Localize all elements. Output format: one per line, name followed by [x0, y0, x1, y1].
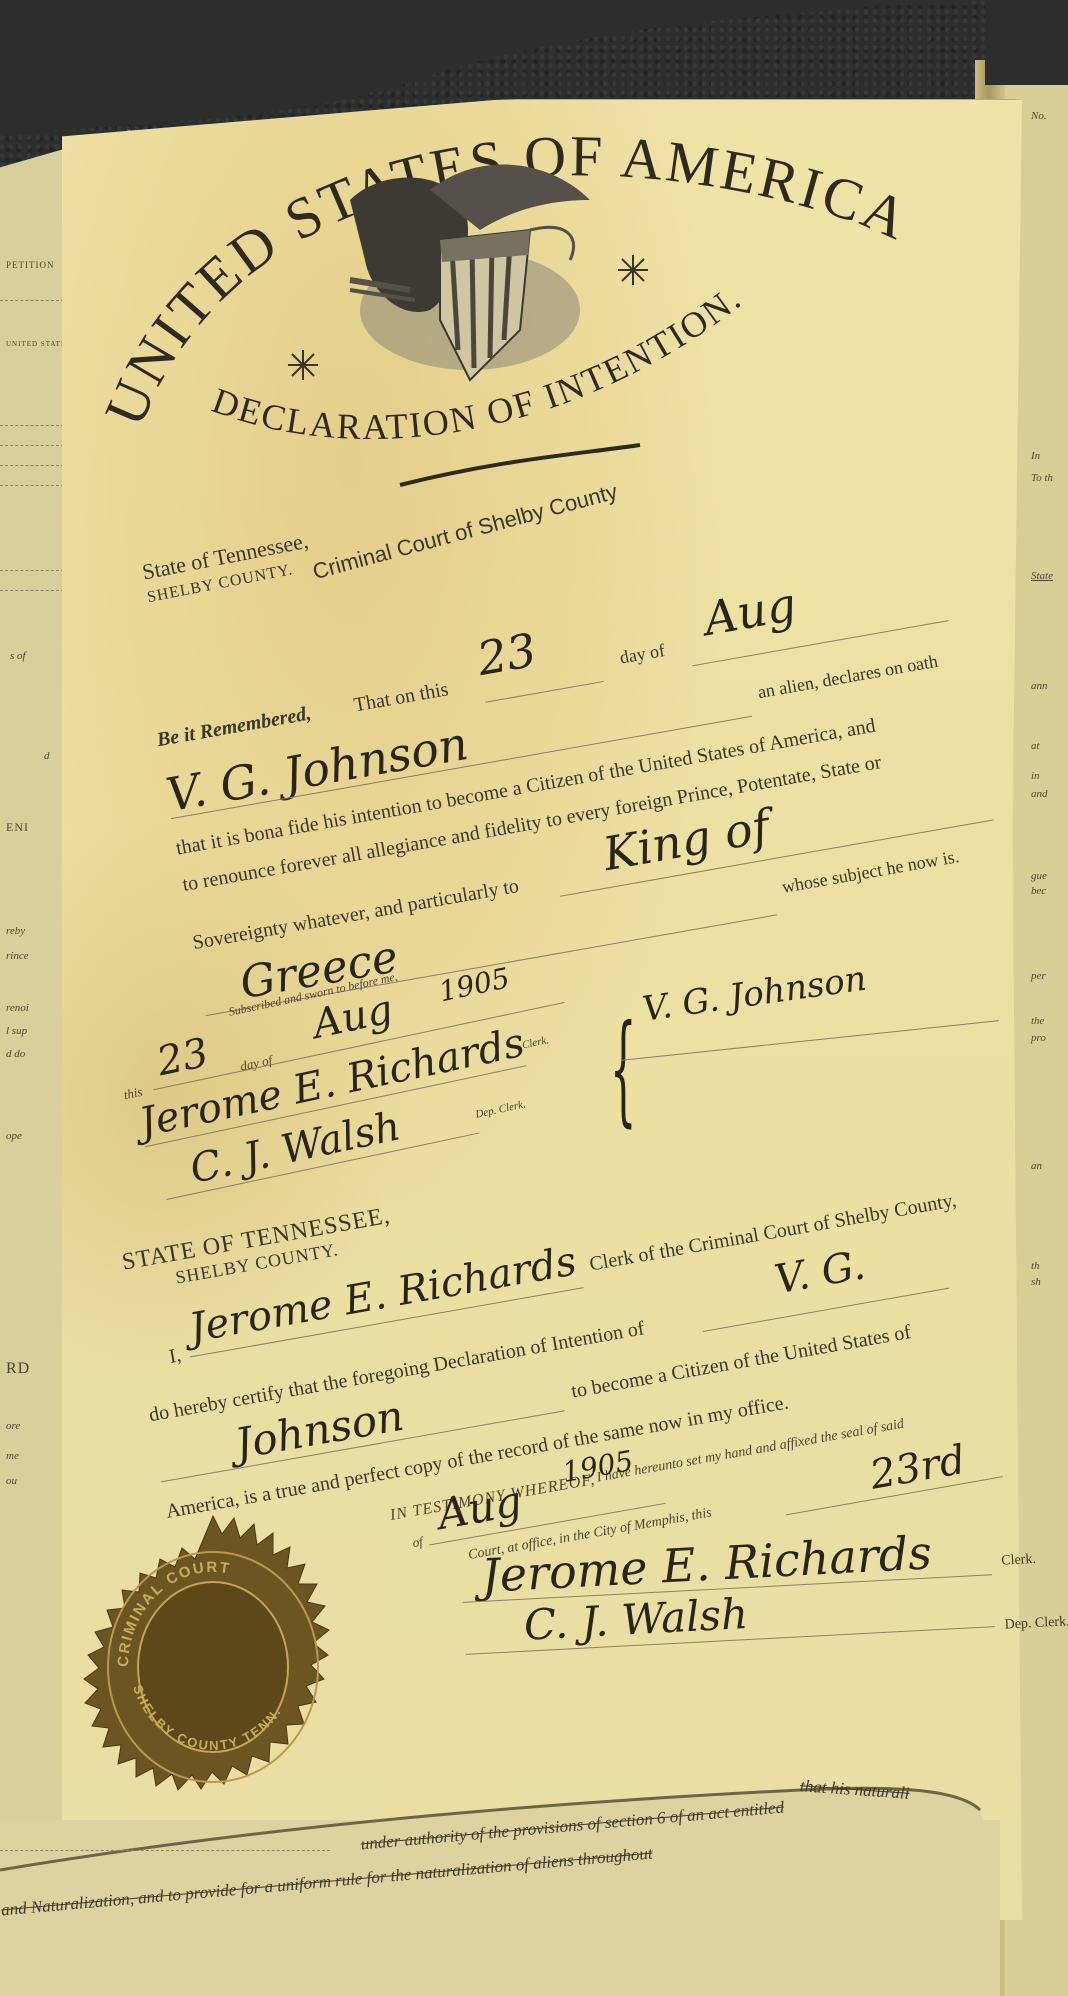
background-page-lower: that his naturali under authority of the…	[0, 1820, 1000, 1996]
bg-left-fragment: rince	[6, 950, 29, 962]
bg-left-fragment: reby	[6, 925, 25, 937]
star-icon	[288, 350, 318, 380]
bg-left-fragment: me	[6, 1450, 19, 1462]
jurat-deputy-label: Dep. Clerk.	[474, 1098, 526, 1120]
bg-left-fragment: ou	[6, 1475, 17, 1487]
jurat-day-of-label: day of	[239, 1052, 274, 1074]
cert-of-label: of	[411, 1534, 424, 1552]
bg-left-fragment: ENI	[6, 820, 29, 835]
bg-left-fragment: s of	[10, 650, 26, 662]
bg-left-united-states-label: UNITED STATES	[6, 340, 71, 348]
bg-right-fragment: State	[1031, 570, 1053, 582]
jurat-clerk-label: Clerk.	[521, 1034, 550, 1051]
be-it-remembered: Be it Remembered,	[155, 702, 313, 752]
bg-right-fragment: per	[1031, 970, 1046, 982]
header-emblem: UNITED STATES OF AMERICA DECLARATION OF …	[100, 90, 1000, 520]
bg-left-fragment: RD	[6, 1360, 30, 1378]
bg-left-fragment: d	[44, 750, 50, 762]
bg-right-fragment: bec	[1031, 885, 1046, 897]
bg-right-fragment: an	[1031, 1160, 1042, 1172]
cert-deputy-label: Dep. Clerk.	[1004, 1614, 1068, 1633]
cert-i-label: I,	[167, 1344, 182, 1369]
bg-right-fragment: the	[1031, 1015, 1044, 1027]
bg-left-fragment: d do	[6, 1048, 25, 1060]
star-icon	[618, 255, 648, 285]
day-of-label: day of	[618, 640, 666, 669]
eagle-shield-icon	[350, 165, 590, 380]
alien-declares: an alien, declares on oath	[756, 651, 939, 703]
jurat-brace: {	[610, 1000, 637, 1139]
that-on-this: That on this	[352, 678, 450, 717]
bg-right-fragment: ann	[1031, 680, 1048, 692]
bg-left-petition-label: PETITION	[6, 260, 55, 270]
flourish-divider	[400, 445, 640, 485]
bg-right-fragment: pro	[1031, 1032, 1046, 1044]
bg-right-fragment: In	[1031, 450, 1040, 462]
day-value: 23	[473, 623, 540, 686]
bg-left-fragment: l sup	[6, 1025, 27, 1037]
cert-clerk-label: Clerk.	[1001, 1552, 1036, 1570]
bg-right-fragment: To th	[1031, 472, 1053, 484]
bg-left-fragment: renoi	[6, 1002, 29, 1014]
jurat-day-value: 23	[153, 1030, 212, 1086]
bg-left-fragment: ore	[6, 1420, 20, 1432]
bg-left-fragment: ope	[6, 1130, 22, 1142]
